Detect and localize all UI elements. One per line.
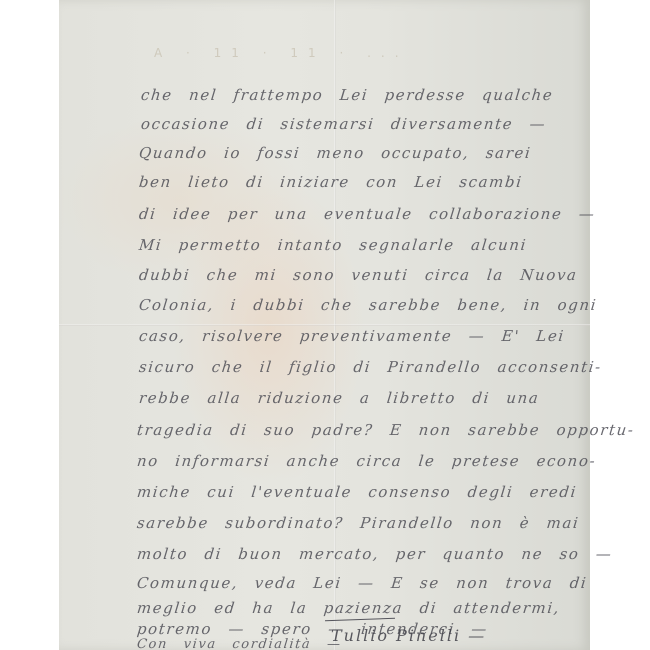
letter-line-17: Comunque, veda Lei — E se non trova di (136, 574, 588, 592)
letter-line-6: Mi permetto intanto segnalarle alcuni (138, 236, 528, 254)
letter-line-12: tragedia di suo padre? E non sarebbe opp… (136, 421, 636, 439)
letter-line-11: rebbe alla riduzione a libretto di una (138, 389, 540, 407)
letter-paper: A · 11 · 11 · ... che nel frattempo Lei … (59, 0, 590, 650)
letter-line-14: miche cui l'eventuale consenso degli ere… (136, 483, 578, 501)
letter-line-3: Quando io fossi meno occupato, sarei (138, 144, 532, 162)
letter-line-13: no informarsi anche circa le pretese eco… (136, 452, 597, 470)
letter-body: che nel frattempo Lei perdesse qualche o… (59, 0, 590, 650)
letter-line-4: ben lieto di iniziare con Lei scambi (138, 173, 524, 191)
letter-line-16: molto di buon mercato, per quanto ne so … (136, 545, 613, 563)
signature: Tullio Pinelli — (331, 626, 486, 645)
letter-line-1: che nel frattempo Lei perdesse qualche (140, 86, 554, 104)
letter-line-10: sicuro che il figlio di Pirandello accon… (138, 358, 603, 376)
letter-line-8: Colonia, i dubbi che sarebbe bene, in og… (138, 296, 598, 314)
letter-line-2: occasione di sistemarsi diversamente — (140, 115, 547, 133)
letter-line-7: dubbi che mi sono venuti circa la Nuova (138, 266, 579, 284)
letter-line-15: sarebbe subordinato? Pirandello non è ma… (136, 514, 580, 532)
letter-line-20: Con viva cordialità — (136, 637, 342, 650)
letter-line-9: caso, risolvere preventivamente — E' Lei (138, 327, 566, 345)
letter-line-5: di idee per una eventuale collaborazione… (138, 205, 596, 223)
letter-line-18: meglio ed ha la pazienza di attendermi, (136, 599, 561, 617)
